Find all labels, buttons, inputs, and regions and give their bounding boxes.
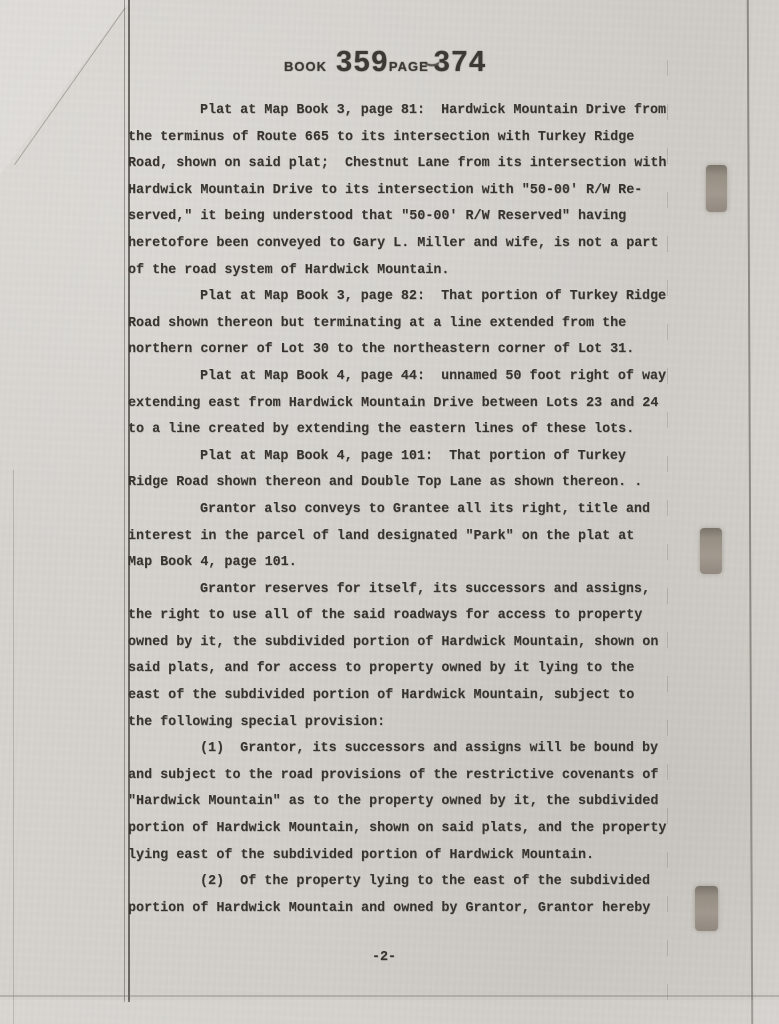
text-line: of the road system of Hardwick Mountain. xyxy=(128,258,680,285)
text-line: Map Book 4, page 101. xyxy=(128,550,680,577)
para-plat-mb3-p82: Plat at Map Book 3, page 82: That portio… xyxy=(128,284,680,364)
text-line: served," it being understood that "50-00… xyxy=(128,204,680,231)
text-line: Hardwick Mountain Drive to its intersect… xyxy=(128,178,680,205)
page-number: -2- xyxy=(104,950,664,965)
text-line: to a line created by extending the easte… xyxy=(128,417,680,444)
text-line: the right to use all of the said roadway… xyxy=(128,603,680,630)
text-line: portion of Hardwick Mountain, shown on s… xyxy=(128,816,680,843)
text-line: Plat at Map Book 4, page 44: unnamed 50 … xyxy=(128,364,680,391)
text-line: Road shown thereon but terminating at a … xyxy=(128,311,680,338)
binding-margin-line-outer xyxy=(124,0,125,1002)
text-line: owned by it, the subdivided portion of H… xyxy=(128,630,680,657)
text-line: heretofore been conveyed to Gary L. Mill… xyxy=(128,231,680,258)
para-provision-1: (1) Grantor, its successors and assigns … xyxy=(128,736,680,869)
text-line: east of the subdivided portion of Hardwi… xyxy=(128,683,680,710)
document-text: Plat at Map Book 3, page 81: Hardwick Mo… xyxy=(128,98,680,922)
text-line: Grantor reserves for itself, its success… xyxy=(128,577,680,604)
text-line: the following special provision: xyxy=(128,710,680,737)
bottom-crease xyxy=(0,995,779,997)
stamp-book-number: 359 xyxy=(336,46,389,79)
text-line: interest in the parcel of land designate… xyxy=(128,524,680,551)
stamp-page-number: 374 xyxy=(434,46,487,79)
text-line: Grantor also conveys to Grantee all its … xyxy=(128,497,680,524)
para-park-conveyance: Grantor also conveys to Grantee all its … xyxy=(128,497,680,577)
text-line: Plat at Map Book 3, page 82: That portio… xyxy=(128,284,680,311)
para-provision-2: (2) Of the property lying to the east of… xyxy=(128,869,680,922)
scanned-document-page: BOOK 359 PAGE ( 374 Plat at Map Book 3, … xyxy=(0,0,779,1024)
text-line: Plat at Map Book 4, page 101: That porti… xyxy=(128,444,680,471)
para-plat-mb4-p101: Plat at Map Book 4, page 101: That porti… xyxy=(128,444,680,497)
stamp-artifact-mark: ( xyxy=(423,62,440,67)
stamp-book-label: BOOK xyxy=(284,59,327,74)
text-line: portion of Hardwick Mountain and owned b… xyxy=(128,896,680,923)
text-line: Plat at Map Book 3, page 81: Hardwick Mo… xyxy=(128,98,680,125)
text-line: said plats, and for access to property o… xyxy=(128,656,680,683)
bottom-edge-strip xyxy=(0,1000,779,1024)
page-edge-strip xyxy=(751,0,779,1024)
punch-mark-top xyxy=(706,165,727,212)
punch-mark-bottom xyxy=(695,886,718,931)
punch-mark-middle xyxy=(700,528,722,574)
left-edge-line xyxy=(13,470,14,1024)
text-line: extending east from Hardwick Mountain Dr… xyxy=(128,391,680,418)
text-line: the terminus of Route 665 to its interse… xyxy=(128,125,680,152)
text-line: (2) Of the property lying to the east of… xyxy=(128,869,680,896)
text-line: lying east of the subdivided portion of … xyxy=(128,843,680,870)
para-plat-mb3-p81: Plat at Map Book 3, page 81: Hardwick Mo… xyxy=(128,98,680,284)
para-plat-mb4-p44: Plat at Map Book 4, page 44: unnamed 50 … xyxy=(128,364,680,444)
text-line: northern corner of Lot 30 to the northea… xyxy=(128,337,680,364)
text-line: and subject to the road provisions of th… xyxy=(128,763,680,790)
text-line: "Hardwick Mountain" as to the property o… xyxy=(128,789,680,816)
text-line: Ridge Road shown thereon and Double Top … xyxy=(128,470,680,497)
text-line: (1) Grantor, its successors and assigns … xyxy=(128,736,680,763)
text-line: Road, shown on said plat; Chestnut Lane … xyxy=(128,151,680,178)
book-page-stamp: BOOK 359 PAGE ( 374 xyxy=(284,46,487,79)
para-grantor-reservation: Grantor reserves for itself, its success… xyxy=(128,577,680,737)
